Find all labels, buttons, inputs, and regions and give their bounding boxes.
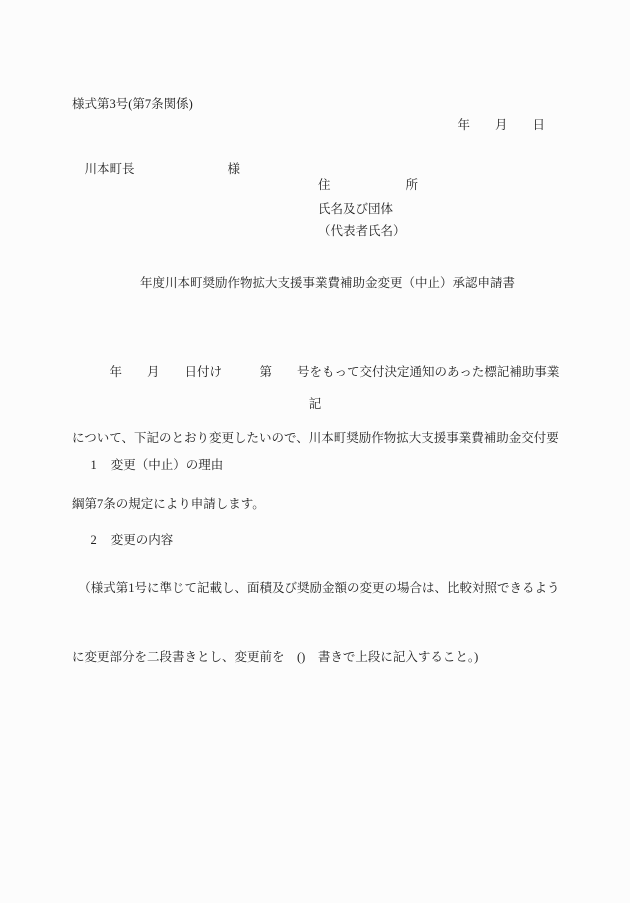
item-2-note-line-1: （様式第1号に準じて記載し、面積及び奨励金額の変更の場合は、比較対照できるよう: [72, 577, 560, 600]
body-line-1: 年 月 日付け 第 号をもって交付決定通知のあった標記補助事業: [72, 361, 559, 383]
applicant-name-label: 氏名及び団体: [318, 198, 393, 220]
addressee: 川本町長: [85, 162, 135, 176]
item-1-label: 変更（中止）の理由: [111, 458, 224, 472]
applicant-address-label: 住 所: [318, 174, 418, 196]
item-2-note: （様式第1号に準じて記載し、面積及び奨励金額の変更の場合は、比較対照できるよう …: [72, 531, 560, 715]
addressee-honorific: 様: [228, 162, 241, 176]
item-1: 1変更（中止）の理由: [78, 432, 223, 498]
document-title: 年度川本町奨励作物拡大支援事業費補助金変更（中止）承認申請書: [0, 272, 630, 294]
item-2-note-line-2: に変更部分を二段書きとし、変更前を () 書きで上段に記入すること。): [72, 646, 560, 669]
date-line: 年 月 日: [457, 114, 545, 136]
applicant-representative-label: （代表者氏名）: [318, 220, 406, 242]
item-1-number: 1: [91, 458, 97, 472]
record-mark: 記: [0, 393, 630, 415]
document-page: 様式第3号(第7条関係) 年 月 日 川本町長様 住 所 氏名及び団体 （代表者…: [0, 0, 630, 903]
form-number: 様式第3号(第7条関係): [72, 93, 193, 115]
addressee-line: 川本町長様: [72, 136, 240, 202]
